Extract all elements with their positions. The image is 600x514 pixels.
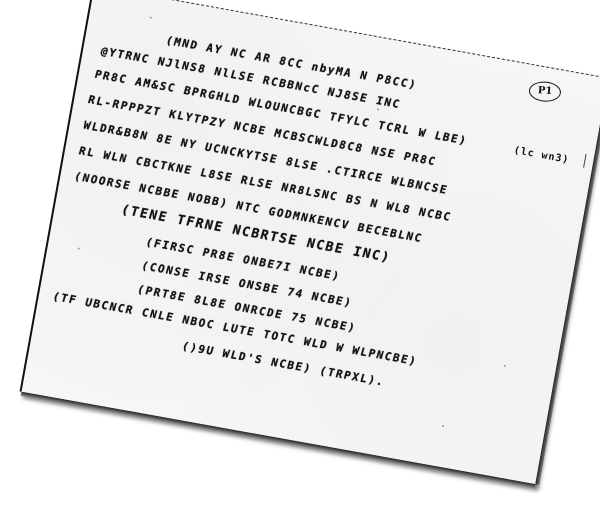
cipher-sheet: P1 (lc wn3) (MND AY NC AR 8CC nbyMA N P8… (20, 0, 600, 484)
paper-speck (504, 365, 506, 367)
paper-speck (377, 108, 379, 110)
margin-tick-mark (583, 154, 587, 168)
page-number-badge: P1 (528, 80, 561, 102)
paper-speck (442, 425, 444, 427)
scanned-page-view: P1 (lc wn3) (MND AY NC AR 8CC nbyMA N P8… (0, 0, 600, 514)
paper-speck (78, 247, 80, 249)
margin-note: (lc wn3) (513, 145, 570, 166)
paper-speck (150, 17, 152, 19)
